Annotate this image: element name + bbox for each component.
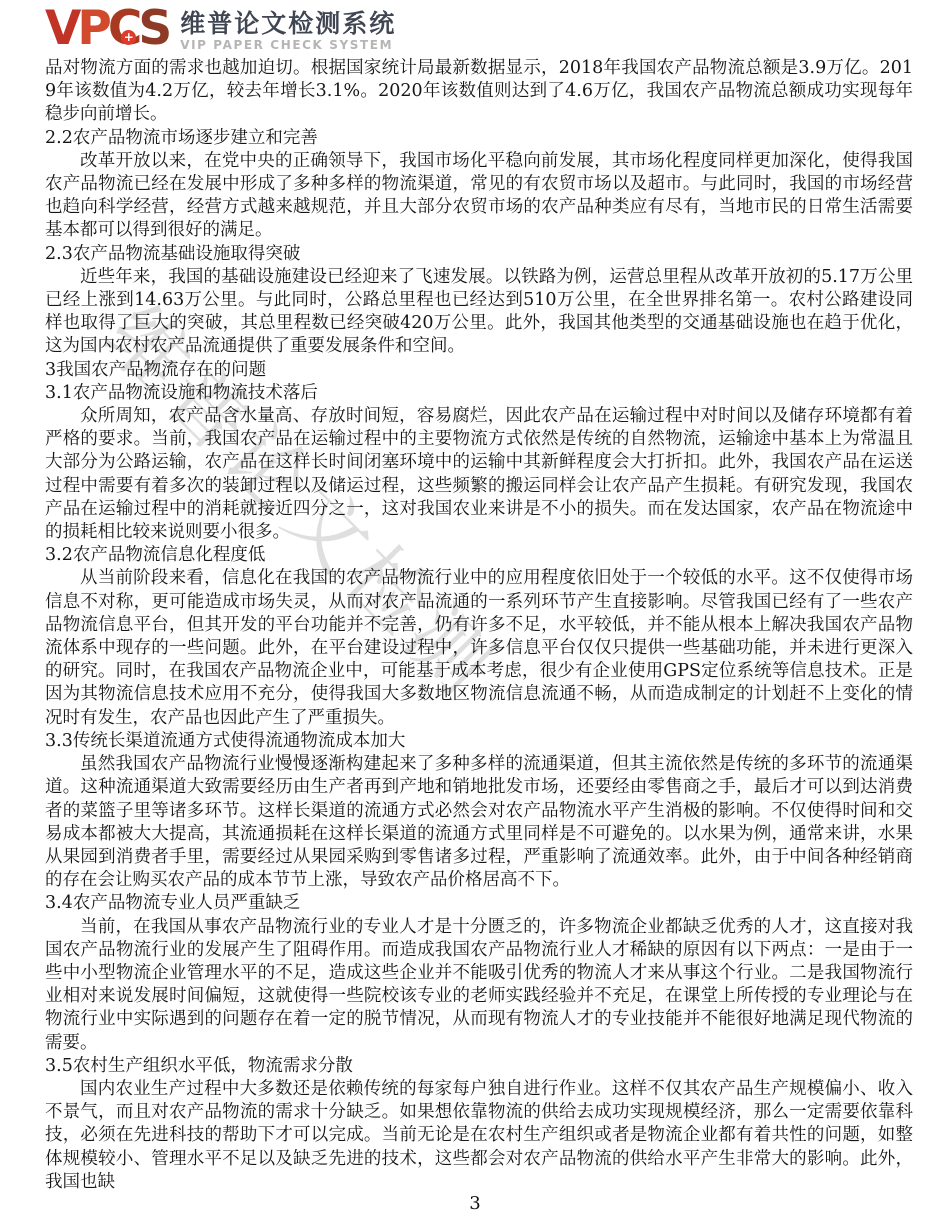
- logo-letter-p: P: [77, 7, 107, 51]
- paragraph: 当前，在我国从事农产品物流行业的专业人才是十分匮乏的，许多物流企业都缺乏优秀的人…: [45, 916, 913, 1055]
- page-number: 3: [469, 1193, 480, 1214]
- section-heading: 3.4农产品物流专业人员严重缺乏: [45, 892, 913, 915]
- vpcs-logo-letters: V P C+ S: [45, 7, 168, 51]
- logo-letter-v: V: [45, 7, 77, 51]
- logo-letter-s: S: [138, 7, 168, 51]
- section-heading: 3.3传统长渠道流通方式使得流通物流成本加大: [45, 730, 913, 753]
- paragraph: 从当前阶段来看，信息化在我国的农产品物流行业中的应用程度依旧处于一个较低的水平。…: [45, 567, 913, 729]
- logo-text-block: 维普论文检测系统 VIP PAPER CHECK SYSTEM: [180, 7, 396, 52]
- page-footer: 3: [0, 1193, 950, 1214]
- paragraph: 品对物流方面的需求也越加迫切。根据国家统计局最新数据显示，2018年我国农产品物…: [45, 57, 913, 127]
- document-page: V P C+ S 维普论文检测系统 VIP PAPER CHECK SYSTEM…: [0, 0, 950, 1230]
- section-heading: 3.5农村生产组织水平低，物流需求分散: [45, 1055, 913, 1078]
- section-heading: 3我国农产品物流存在的问题: [45, 359, 913, 382]
- paragraph: 国内农业生产过程中大多数还是依赖传统的每家每户独自进行作业。这样不仅其农产品生产…: [45, 1078, 913, 1194]
- section-heading: 2.3农产品物流基础设施取得突破: [45, 243, 913, 266]
- logo-title-cn: 维普论文检测系统: [180, 10, 396, 37]
- paragraph: 虽然我国农产品物流行业慢慢逐渐构建起来了多种多样的流通渠道，但其主流依然是传统的…: [45, 753, 913, 892]
- paragraph: 近些年来，我国的基础设施建设已经迎来了飞速发展。以铁路为例，运营总里程从改革开放…: [45, 266, 913, 359]
- section-heading: 3.1农产品物流设施和物流技术落后: [45, 382, 913, 405]
- section-heading: 3.2农产品物流信息化程度低: [45, 544, 913, 567]
- vpcs-logo: V P C+ S 维普论文检测系统 VIP PAPER CHECK SYSTEM: [45, 7, 396, 52]
- paragraph: 众所周知，农产品含水量高、存放时间短，容易腐烂，因此农产品在运输过程中对时间以及…: [45, 405, 913, 544]
- paragraph: 改革开放以来，在党中央的正确领导下，我国市场化平稳向前发展，其市场化程度同样更加…: [45, 150, 913, 243]
- logo-letter-c: C+: [108, 7, 139, 51]
- document-body: 品对物流方面的需求也越加迫切。根据国家统计局最新数据显示，2018年我国农产品物…: [45, 57, 913, 1194]
- section-heading: 2.2农产品物流市场逐步建立和完善: [45, 127, 913, 150]
- logo-subtitle-en: VIP PAPER CHECK SYSTEM: [180, 38, 396, 52]
